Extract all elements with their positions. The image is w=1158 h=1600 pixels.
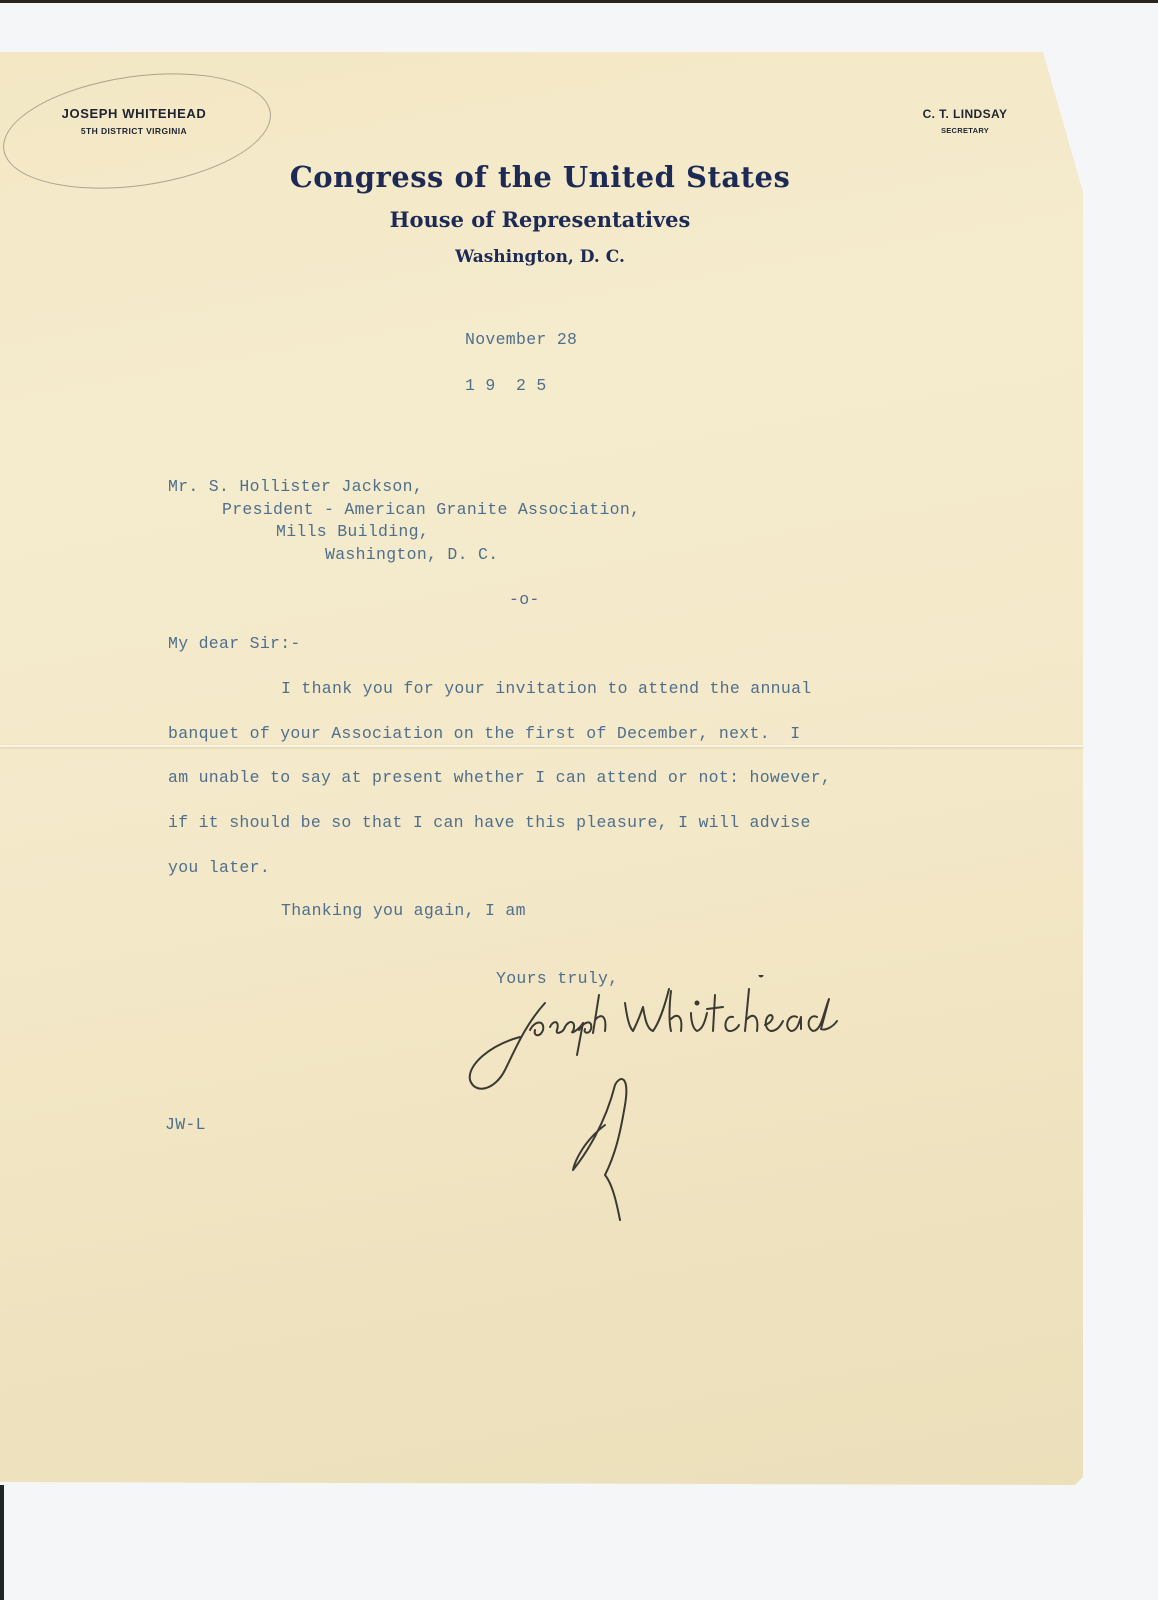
- letterhead-congressman-name: JOSEPH WHITEHEAD: [44, 106, 224, 121]
- scan-left-edge: [0, 1485, 4, 1600]
- letterhead-subtitle: House of Representatives: [200, 207, 880, 232]
- letterhead-district: 5TH DISTRICT VIRGINIA: [44, 126, 224, 136]
- scan-top-edge: [0, 0, 1158, 3]
- reference-initials: JW-L: [165, 1115, 206, 1134]
- date-year: 1 9 2 5: [465, 376, 547, 395]
- date-month-day: November 28: [465, 330, 577, 349]
- separator-mark: -o-: [509, 590, 540, 609]
- recipient-building: Mills Building,: [276, 522, 429, 541]
- letterhead-title: Congress of the United States: [200, 160, 880, 194]
- recipient-name: Mr. S. Hollister Jackson,: [168, 477, 423, 496]
- letterhead-location: Washington, D. C.: [200, 247, 880, 267]
- body-line: I thank you for your invitation to atten…: [281, 679, 811, 698]
- letterhead-secretary-name: C. T. LINDSAY: [900, 107, 1030, 121]
- letterhead-secretary-title: SECRETARY: [900, 126, 1030, 135]
- body-line: if it should be so that I can have this …: [168, 813, 811, 832]
- handwritten-signature: [465, 975, 925, 1245]
- salutation: My dear Sir:-: [168, 634, 301, 653]
- body-line: Thanking you again, I am: [281, 901, 526, 920]
- paper-fold-line: [0, 745, 1083, 747]
- body-line: am unable to say at present whether I ca…: [168, 768, 831, 787]
- recipient-city: Washington, D. C.: [325, 545, 498, 564]
- recipient-title: President - American Granite Association…: [222, 500, 640, 519]
- body-line: you later.: [168, 858, 270, 877]
- body-line: banquet of your Association on the first…: [168, 724, 801, 743]
